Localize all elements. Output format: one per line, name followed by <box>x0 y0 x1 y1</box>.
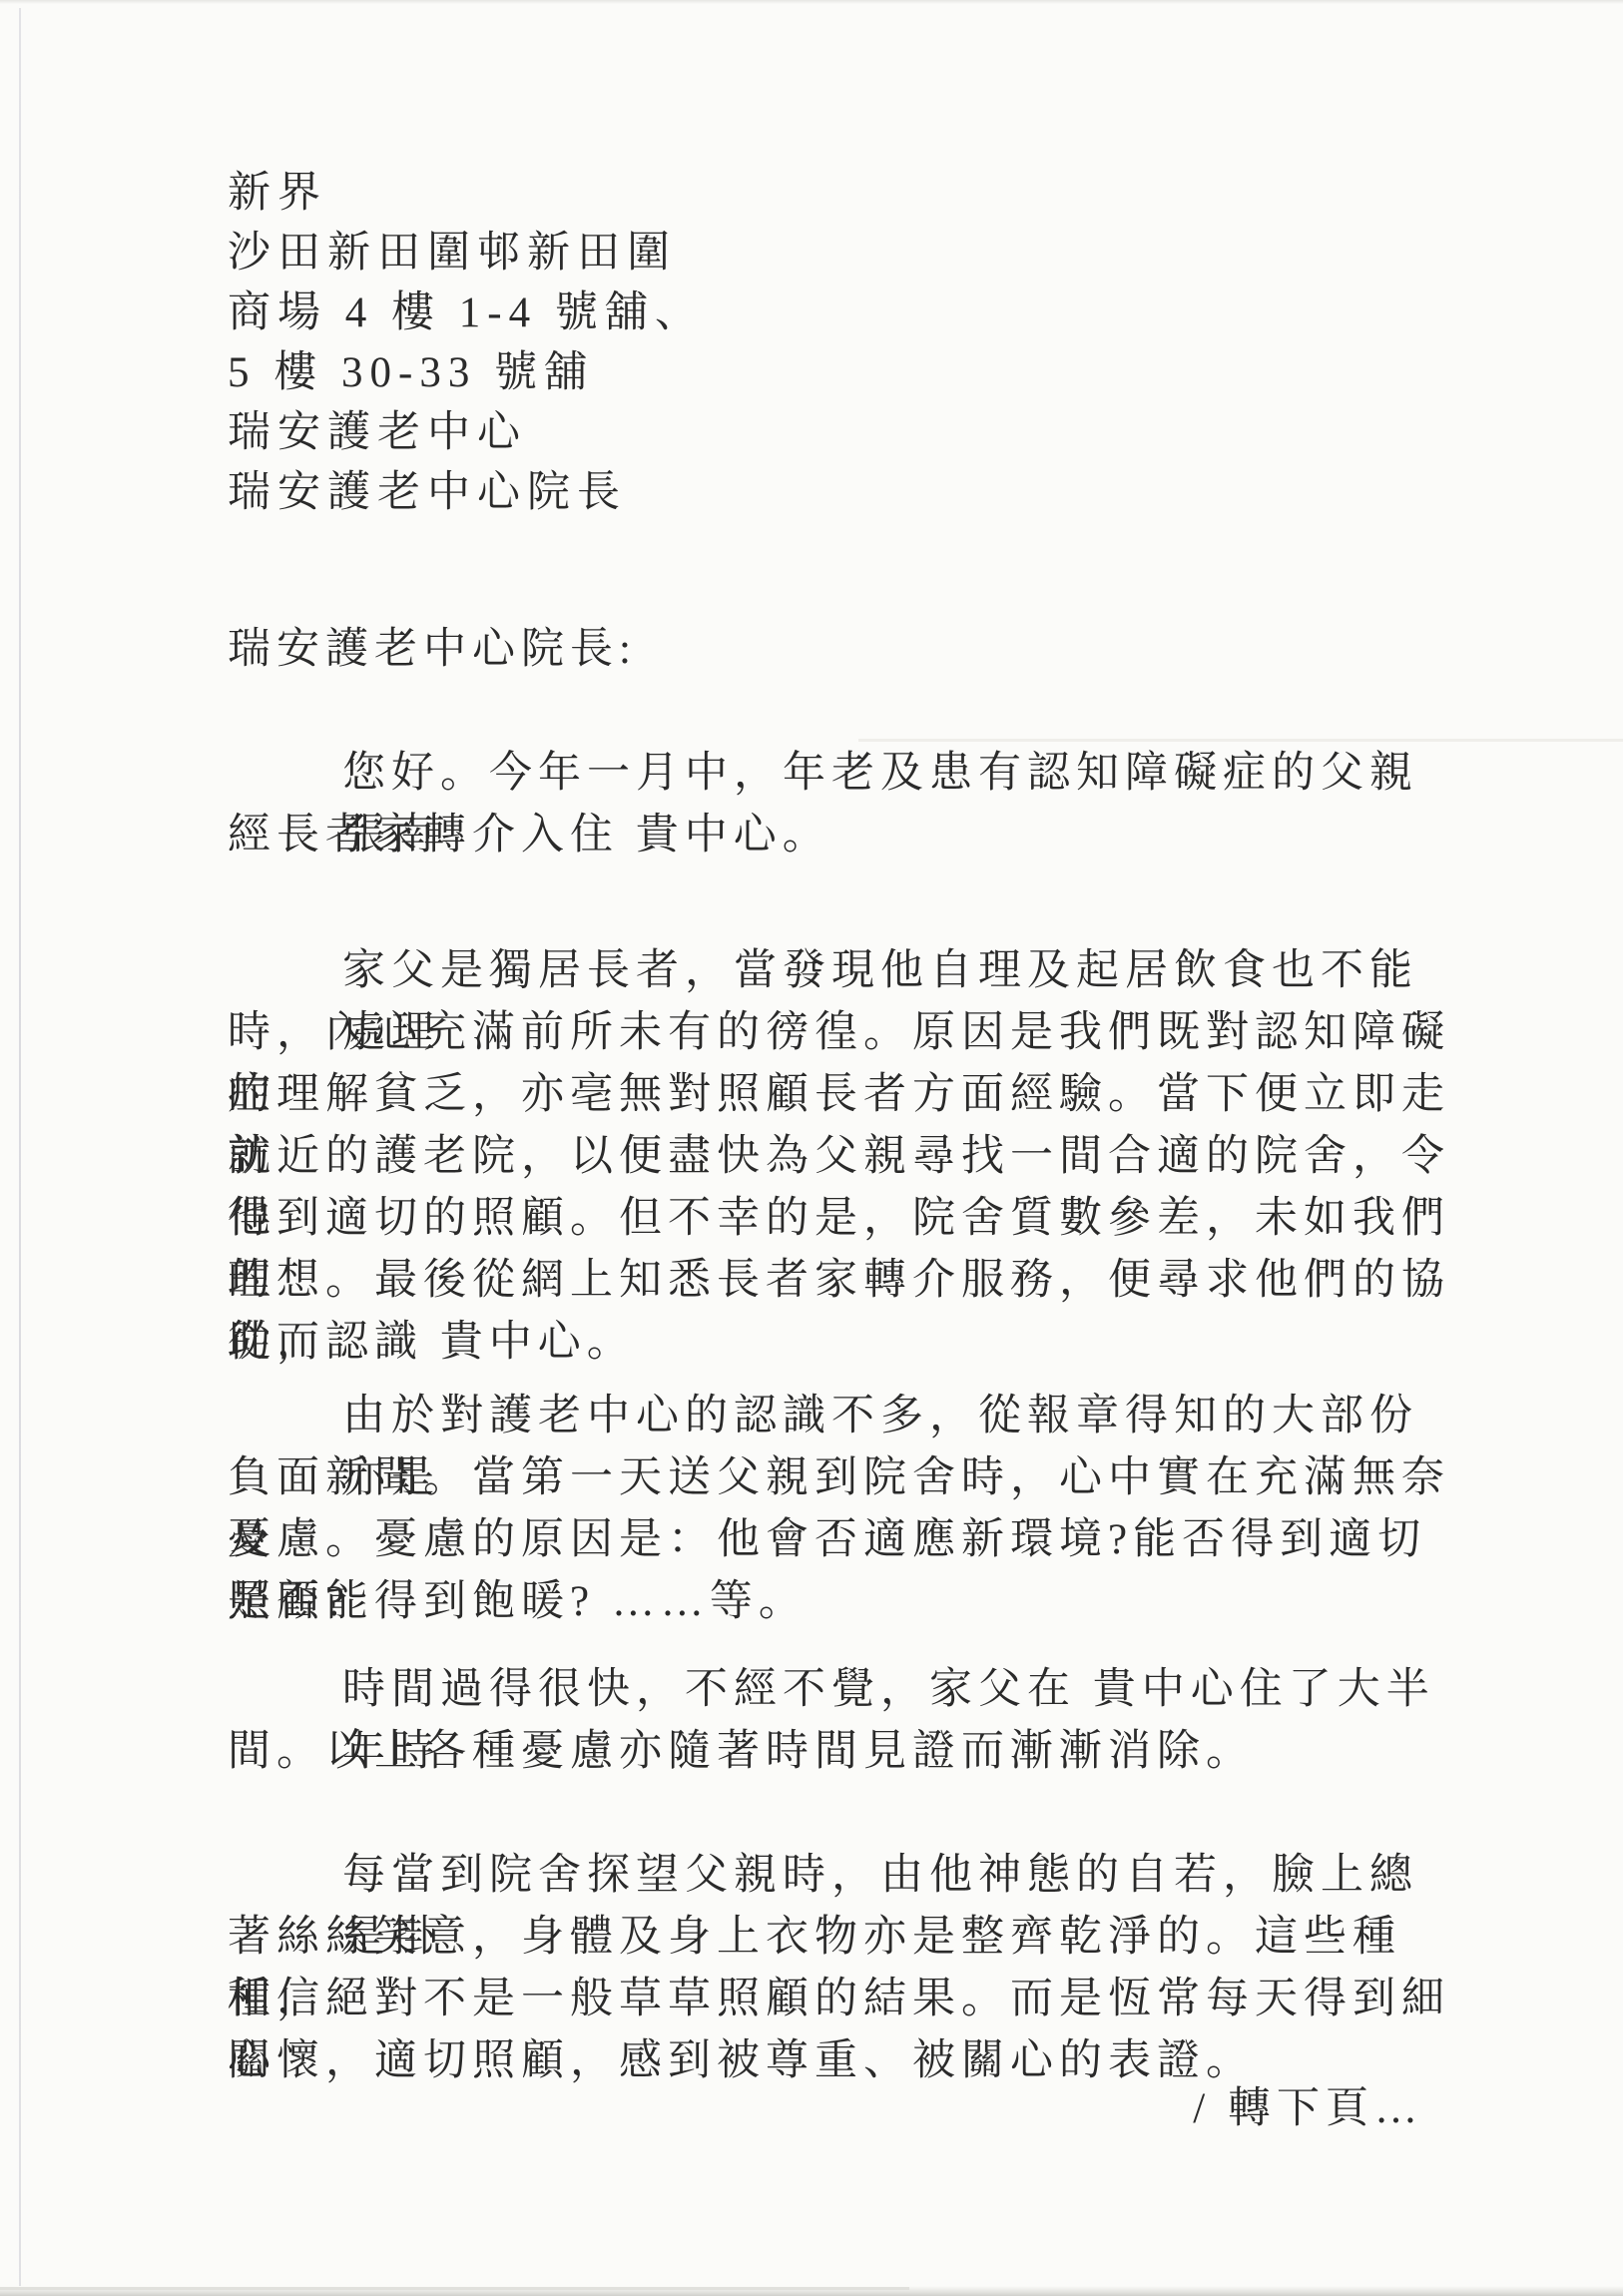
body-paragraph-worries: 由於對護老中心的認識不多，從報章得知的大部份亦是負面新聞。當第一天送父親到院舍時… <box>228 1386 1465 1633</box>
text-line: 從而認識 貴中心。 <box>228 1312 1465 1374</box>
text-line: 得到適切的照顧。但不幸的是，院舍質數參差，未如我們的 <box>228 1188 1465 1250</box>
text-line: 家父是獨居長者，當發現他自理及起居飲食也不能處理 <box>228 940 1465 1002</box>
paper-fold-line <box>858 739 1623 742</box>
scan-edge-left-line <box>19 8 21 2286</box>
text-line: 憂慮。憂慮的原因是：他會否適應新環境?能否得到適切照顧? <box>228 1509 1465 1571</box>
text-line: 時間過得很快，不經不覺，家父在 貴中心住了大半年時 <box>228 1659 1465 1721</box>
text-line: 時，內心充滿前所未有的徬徨。原因是我們既對認知障礙症 <box>228 1002 1465 1064</box>
text-line: 是否能得到飽暖? ……等。 <box>228 1571 1465 1633</box>
scan-edge-bottom <box>0 2286 1623 2296</box>
continuation-mark: / 轉下頁… <box>1193 2078 1423 2140</box>
body-paragraph-background: 家父是獨居長者，當發現他自理及起居飲食也不能處理時，內心充滿前所未有的徬徨。原因… <box>228 940 1465 1374</box>
text-line: 理想。最後從網上知悉長者家轉介服務，便尋求他們的協助， <box>228 1250 1465 1312</box>
text-line: 相信絕對不是一般草草照顧的結果。而是恆常每天得到細心 <box>228 1969 1465 2030</box>
scan-edge-top <box>0 0 1623 4</box>
recipient-address-block: 新界沙田新田圍邨新田圍商場 4 樓 1-4 號舖、5 樓 30-33 號舖瑞安護… <box>228 164 1465 523</box>
text-line: 負面新聞。當第一天送父親到院舍時，心中實在充滿無奈及 <box>228 1447 1465 1509</box>
body-paragraph-time-passed: 時間過得很快，不經不覺，家父在 貴中心住了大半年時間。以上各種憂慮亦隨著時間見證… <box>228 1659 1465 1783</box>
text-line: 的理解貧乏，亦亳無對照顧長者方面經驗。當下便立即走訪 <box>228 1064 1465 1126</box>
text-line: 新界 <box>228 164 1465 224</box>
text-line: 由於對護老中心的認識不多，從報章得知的大部份亦是 <box>228 1386 1465 1447</box>
salutation: 瑞安護老中心院長: <box>228 619 1465 681</box>
text-line: 每當到院舍探望父親時，由他神態的自若，臉上總是掛 <box>228 1845 1465 1907</box>
text-line: 5 樓 30-33 號舖 <box>228 343 1465 403</box>
text-line: 就近的護老院，以便盡快為父親尋找一間合適的院舍，令他 <box>228 1126 1465 1188</box>
text-line: 商場 4 樓 1-4 號舖、 <box>228 284 1465 343</box>
letter-page: 新界沙田新田圍邨新田圍商場 4 樓 1-4 號舖、5 樓 30-33 號舖瑞安護… <box>0 0 1623 2296</box>
text-line: 著絲絲笑意，身體及身上衣物亦是整齊乾淨的。這些種種， <box>228 1907 1465 1969</box>
text-line: 間。以上各種憂慮亦隨著時間見證而漸漸消除。 <box>228 1721 1465 1783</box>
text-line: 沙田新田圍邨新田圍 <box>228 224 1465 284</box>
text-line: 您好。今年一月中，年老及患有認知障礙症的父親張南 <box>228 743 1465 805</box>
body-paragraph-visits: 每當到院舍探望父親時，由他神態的自若，臉上總是掛著絲絲笑意，身體及身上衣物亦是整… <box>228 1845 1465 2092</box>
body-paragraph-opening: 您好。今年一月中，年老及患有認知障礙症的父親張南經長者家轉介入住 貴中心。 <box>228 743 1465 866</box>
text-line: 瑞安護老中心 <box>228 403 1465 463</box>
text-line: 瑞安護老中心院長 <box>228 463 1465 523</box>
text-line: 經長者家轉介入住 貴中心。 <box>228 805 1465 866</box>
